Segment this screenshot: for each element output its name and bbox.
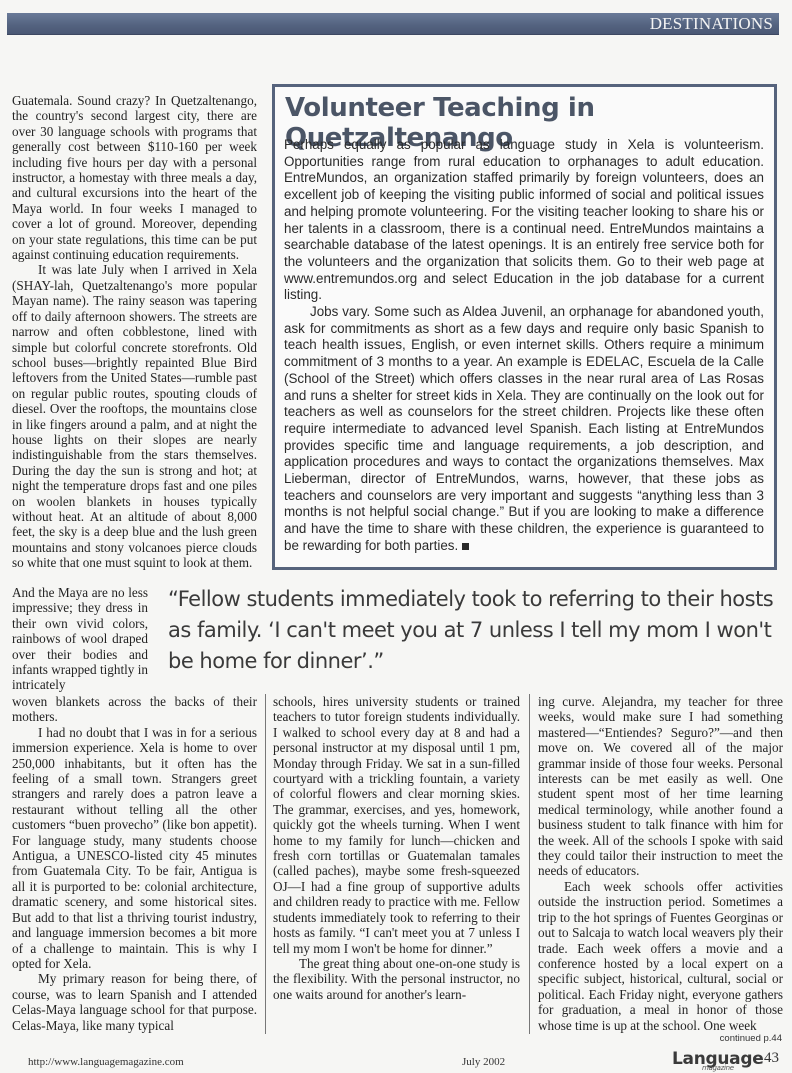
continued-note: continued p.44 bbox=[720, 1033, 782, 1044]
sidebar-paragraph: Jobs vary. Some such as Aldea Juvenil, a… bbox=[284, 304, 764, 555]
paragraph: My primary reason for being there, of co… bbox=[12, 971, 257, 1033]
column-divider bbox=[529, 694, 530, 1034]
footer-date: July 2002 bbox=[462, 1056, 505, 1068]
sidebar-paragraph: Perhaps equally as popular as language s… bbox=[284, 137, 764, 304]
article-column-2: schools, hires university students or tr… bbox=[273, 694, 520, 1002]
paragraph: woven blankets across the backs of their… bbox=[12, 694, 257, 725]
paragraph: I had no doubt that I was in for a serio… bbox=[12, 725, 257, 972]
paragraph: The great thing about one-on-one study i… bbox=[273, 956, 520, 1002]
column-divider bbox=[265, 694, 266, 1034]
paragraph: ing curve. Alejandra, my teacher for thr… bbox=[538, 694, 783, 879]
article-column-1-bottom: woven blankets across the backs of their… bbox=[12, 694, 257, 1033]
section-banner: DESTINATIONS bbox=[7, 13, 779, 35]
page-number: 43 bbox=[764, 1050, 779, 1067]
paragraph: It was late July when I arrived in Xela … bbox=[12, 262, 257, 570]
sidebar-body: Perhaps equally as popular as language s… bbox=[284, 137, 764, 555]
pull-quote: “Fellow students immediately took to ref… bbox=[168, 584, 788, 677]
footer-url[interactable]: http://www.languagemagazine.com bbox=[28, 1056, 184, 1068]
article-column-3: ing curve. Alejandra, my teacher for thr… bbox=[538, 694, 783, 1033]
sidebar-box: Volunteer Teaching in Quetzaltenango Per… bbox=[272, 84, 777, 570]
article-wrap-text: And the Maya are no less impressive; the… bbox=[12, 585, 148, 693]
paragraph: schools, hires university students or tr… bbox=[273, 694, 520, 956]
paragraph: Each week schools offer activities outsi… bbox=[538, 879, 783, 1033]
magazine-logo: Language magazine bbox=[672, 1049, 763, 1069]
paragraph: Guatemala. Sound crazy? In Quetzaltenang… bbox=[12, 93, 257, 262]
section-title: DESTINATIONS bbox=[650, 14, 773, 34]
article-column-1-top: Guatemala. Sound crazy? In Quetzaltenang… bbox=[12, 93, 257, 571]
end-mark-icon bbox=[462, 543, 469, 550]
